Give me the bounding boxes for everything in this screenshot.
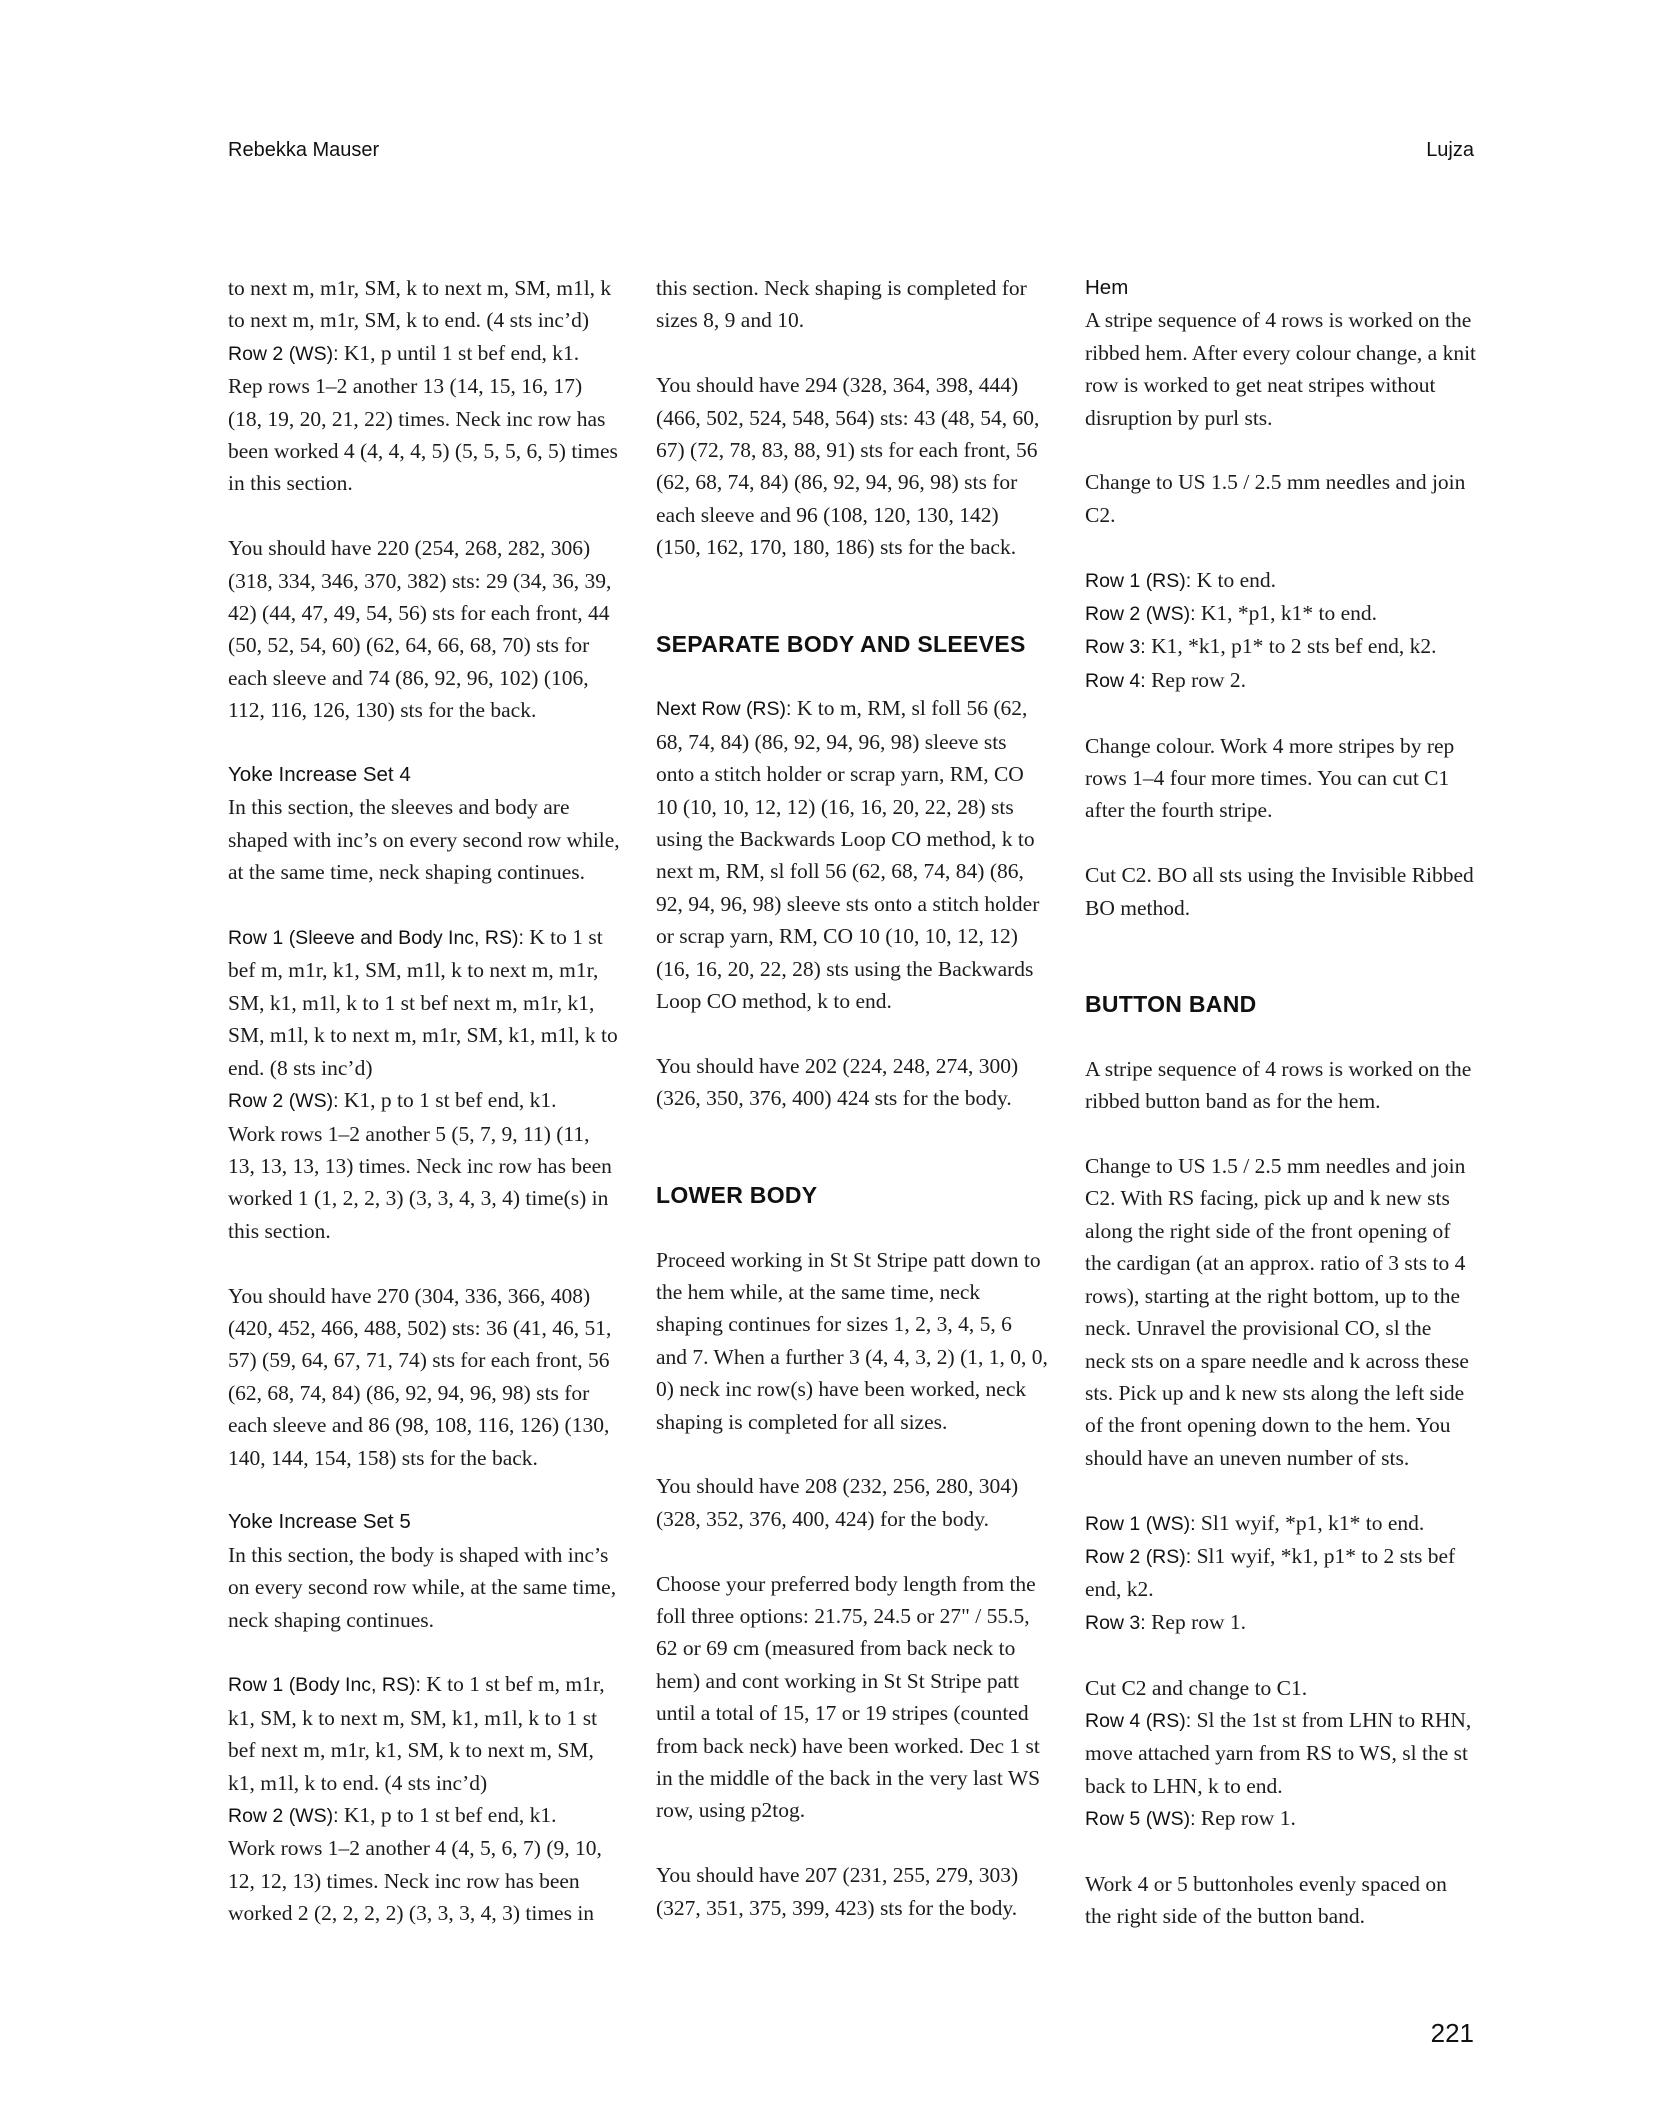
row-text: K1, *p1, k1* to end. [1196, 601, 1378, 625]
row-instruction: Row 1 (WS): Sl1 wyif, *p1, k1* to end. [1085, 1507, 1477, 1540]
paragraph: A stripe sequence of 4 rows is worked on… [1085, 1053, 1477, 1118]
row-label: Next Row (RS): [656, 698, 791, 720]
paragraph: A stripe sequence of 4 rows is worked on… [1085, 304, 1477, 434]
paragraph: In this section, the sleeves and body ar… [228, 791, 620, 888]
row-text: Rep row 1. [1196, 1806, 1296, 1830]
subheading-hem: Hem [1085, 272, 1477, 304]
row-instruction: Row 4: Rep row 2. [1085, 664, 1477, 697]
row-label: Row 2 (RS): [1085, 1546, 1191, 1568]
subheading-yoke-set-5: Yoke Increase Set 5 [228, 1506, 620, 1538]
column-2: this section. Neck shaping is completed … [656, 272, 1048, 1924]
row-instruction: Row 2 (WS): K1, p to 1 st bef end, k1. [228, 1084, 620, 1117]
page-number: 221 [1431, 2018, 1474, 2049]
row-label: Row 2 (WS): [1085, 603, 1196, 625]
paragraph: Work rows 1–2 another 4 (4, 5, 6, 7) (9,… [228, 1832, 620, 1929]
row-label: Row 4 (RS): [1085, 1710, 1191, 1732]
row-label: Row 2 (WS): [228, 343, 339, 365]
row-text: K1, p to 1 st bef end, k1. [339, 1088, 557, 1112]
paragraph: Change to US 1.5 / 2.5 mm needles and jo… [1085, 1150, 1477, 1474]
row-instruction: Row 2 (WS): K1, p to 1 st bef end, k1. [228, 1799, 620, 1832]
row-label: Row 3: [1085, 636, 1146, 658]
row-label: Row 1 (Body Inc, RS): [228, 1674, 421, 1696]
paragraph: Rep rows 1–2 another 13 (14, 15, 16, 17)… [228, 370, 620, 500]
row-text: K to m, RM, sl foll 56 (62, 68, 74, 84) … [656, 696, 1039, 1013]
row-instruction: Row 2 (WS): K1, p until 1 st bef end, k1… [228, 337, 620, 370]
row-instruction: Row 3: Rep row 1. [1085, 1606, 1477, 1639]
row-instruction: Next Row (RS): K to m, RM, sl foll 56 (6… [656, 692, 1048, 1017]
stitch-count: You should have 294 (328, 364, 398, 444)… [656, 369, 1048, 563]
paragraph: Choose your preferred body length from t… [656, 1568, 1048, 1827]
paragraph: Proceed working in St St Stripe patt dow… [656, 1244, 1048, 1438]
paragraph: Cut C2 and change to C1. [1085, 1672, 1477, 1704]
paragraph: Cut C2. BO all sts using the Invisible R… [1085, 859, 1477, 924]
section-heading-button-band: BUTTON BAND [1085, 988, 1477, 1020]
column-1: to next m, m1r, SM, k to next m, SM, m1l… [228, 272, 620, 1930]
stitch-count: You should have 207 (231, 255, 279, 303)… [656, 1859, 1048, 1924]
row-label: Row 1 (RS): [1085, 570, 1191, 592]
stitch-count: You should have 202 (224, 248, 274, 300)… [656, 1050, 1048, 1115]
row-label: Row 3: [1085, 1612, 1146, 1634]
subheading-yoke-set-4: Yoke Increase Set 4 [228, 759, 620, 791]
paragraph: Work 4 or 5 buttonholes evenly spaced on… [1085, 1868, 1477, 1933]
paragraph: this section. Neck shaping is completed … [656, 272, 1048, 337]
paragraph: to next m, m1r, SM, k to next m, SM, m1l… [228, 272, 620, 337]
row-label: Row 2 (WS): [228, 1805, 339, 1827]
row-text: K to end. [1191, 568, 1276, 592]
row-instruction: Row 3: K1, *k1, p1* to 2 sts bef end, k2… [1085, 630, 1477, 663]
row-text: Rep row 1. [1146, 1610, 1246, 1634]
stitch-count: You should have 208 (232, 256, 280, 304)… [656, 1470, 1048, 1535]
row-label: Row 4: [1085, 670, 1146, 692]
stitch-count: You should have 220 (254, 268, 282, 306)… [228, 532, 620, 726]
row-text: K1, p until 1 st bef end, k1. [339, 341, 580, 365]
paragraph: In this section, the body is shaped with… [228, 1539, 620, 1636]
section-heading-separate-body-and-sleeves: SEPARATE BODY AND SLEEVES [656, 628, 1048, 660]
row-instruction: Row 1 (RS): K to end. [1085, 564, 1477, 597]
running-head-author: Rebekka Mauser [228, 139, 379, 162]
paragraph: Change to US 1.5 / 2.5 mm needles and jo… [1085, 466, 1477, 531]
row-label: Row 5 (WS): [1085, 1808, 1196, 1830]
paragraph: Change colour. Work 4 more stripes by re… [1085, 730, 1477, 827]
row-instruction: Row 5 (WS): Rep row 1. [1085, 1802, 1477, 1835]
row-instruction: Row 1 (Sleeve and Body Inc, RS): K to 1 … [228, 921, 620, 1084]
row-instruction: Row 1 (Body Inc, RS): K to 1 st bef m, m… [228, 1668, 620, 1799]
column-3: Hem A stripe sequence of 4 rows is worke… [1085, 272, 1477, 1933]
row-label: Row 1 (WS): [1085, 1513, 1196, 1535]
row-label: Row 2 (WS): [228, 1090, 339, 1112]
row-text: Sl1 wyif, *p1, k1* to end. [1196, 1511, 1425, 1535]
section-heading-lower-body: LOWER BODY [656, 1179, 1048, 1211]
row-text: K1, *k1, p1* to 2 sts bef end, k2. [1146, 634, 1437, 658]
running-head-pattern-name: Lujza [1426, 139, 1474, 162]
row-text: K1, p to 1 st bef end, k1. [339, 1803, 557, 1827]
row-instruction: Row 4 (RS): Sl the 1st st from LHN to RH… [1085, 1704, 1477, 1802]
row-instruction: Row 2 (WS): K1, *p1, k1* to end. [1085, 597, 1477, 630]
row-label: Row 1 (Sleeve and Body Inc, RS): [228, 927, 524, 949]
row-text: Rep row 2. [1146, 668, 1246, 692]
paragraph: Work rows 1–2 another 5 (5, 7, 9, 11) (1… [228, 1118, 620, 1248]
stitch-count: You should have 270 (304, 336, 366, 408)… [228, 1280, 620, 1474]
row-instruction: Row 2 (RS): Sl1 wyif, *k1, p1* to 2 sts … [1085, 1540, 1477, 1606]
